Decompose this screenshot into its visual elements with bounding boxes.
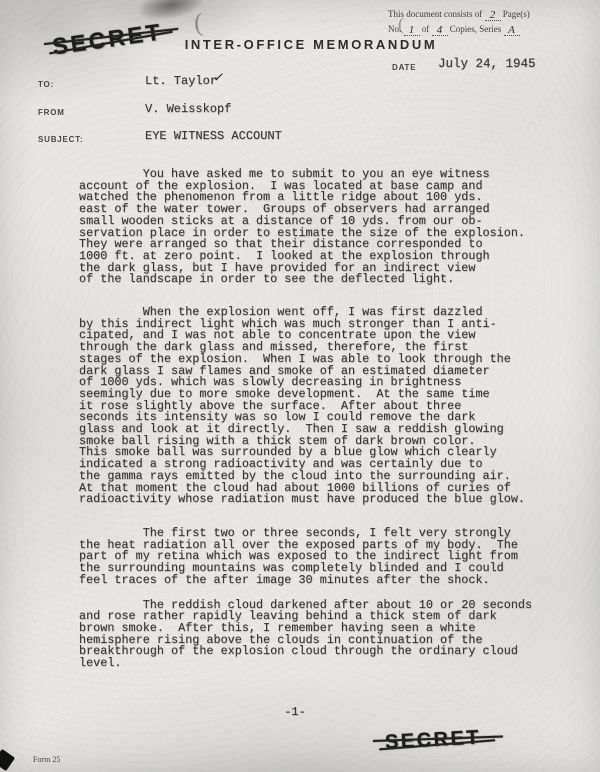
paragraph-2: When the explosion went off, I was first… (79, 307, 554, 506)
from-value: V. Weisskopf (145, 102, 231, 116)
handwritten-checkmark: ✓ (212, 69, 226, 86)
doc-note-copies-label: Copies, Series (450, 24, 502, 34)
document-control-note: This document consists of 2 Page(s) No. … (388, 7, 594, 37)
doc-note-of-label: of (422, 24, 430, 34)
page-number: -1- (0, 705, 590, 719)
subject-label: SUBJECT: (38, 135, 84, 144)
subject-value: EYE WITNESS ACCOUNT (145, 129, 282, 143)
copies-total-fill-in: 4 (432, 26, 448, 36)
memo-page: ( ( SECRET This document consists of 2 P… (0, 0, 600, 772)
date-label: DATE (392, 63, 416, 72)
paragraph-1: You have asked me to submit to you an ey… (79, 169, 554, 286)
doc-note-line2: No. 1 of 4 Copies, Series A (388, 22, 594, 37)
copy-number-fill-in: 1 (404, 26, 420, 36)
scan-speck (0, 749, 15, 771)
doc-note-line1-prefix: This document consists of (388, 9, 482, 19)
pages-fill-in: 2 (485, 11, 501, 21)
memo-title: INTER-OFFICE MEMORANDUM (0, 37, 600, 52)
date-value: July 24, 1945 (438, 57, 536, 71)
form-number: Form 25 (33, 755, 60, 764)
doc-note-no-label: No. (388, 24, 401, 34)
from-label: FROM (38, 108, 65, 117)
doc-note-line1-suffix: Page(s) (503, 9, 530, 19)
to-label: TO: (38, 80, 54, 89)
paragraph-3: The first two or three seconds, I felt v… (79, 528, 554, 587)
paragraph-4: The reddish cloud darkened after about 1… (79, 600, 554, 670)
doc-note-line1: This document consists of 2 Page(s) (388, 7, 594, 22)
series-fill-in: A (504, 26, 520, 36)
secret-stamp-bottom: SECRET (384, 727, 481, 755)
memo-body: You have asked me to submit to you an ey… (79, 169, 554, 670)
pencil-arc-mark: ( (193, 8, 204, 39)
to-value: Lt. Taylor (145, 74, 217, 88)
